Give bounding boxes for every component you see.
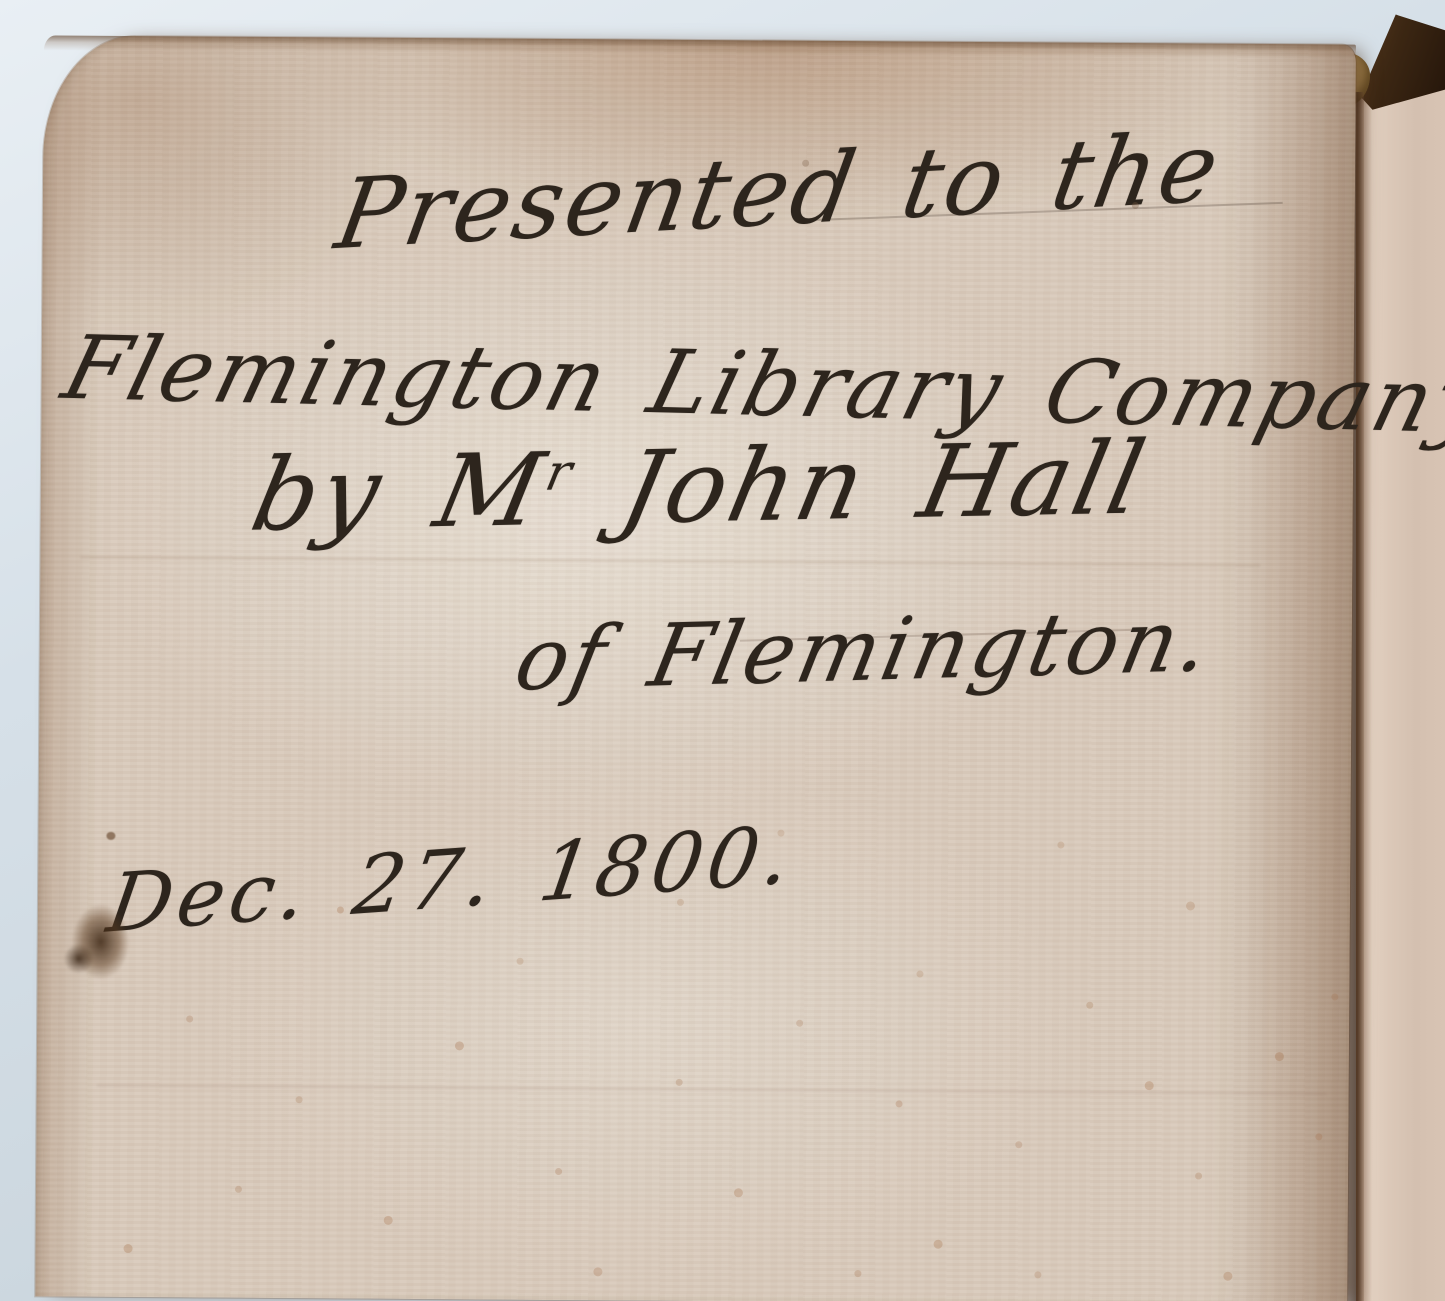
inscription-line-presented: Presented to the [328,110,1229,271]
facing-page-edge [1356,0,1445,1301]
ink-blot-stain [71,904,130,980]
inscription-line-date: Dec. 27. 1800. [102,807,802,950]
foxing-specks [44,35,49,40]
small-ink-speck [106,832,115,840]
photograph-of-book-flyleaf: Presented to the Flemington Library Comp… [0,0,1445,1301]
page-fold-shading [1207,44,1356,1301]
page-top-stained-edge [44,35,1356,59]
inscription-donor-name: John Hall [555,419,1157,548]
inscription-line-donor: by Mr John Hall [242,419,1157,554]
paper-crease [80,556,1260,567]
inscription-line-of-flemington: of Flemington. [507,591,1221,711]
paper-crease [97,1084,1327,1096]
flyleaf-page: Presented to the Flemington Library Comp… [35,35,1356,1301]
inscription-donor-prefix: by M [242,431,555,554]
